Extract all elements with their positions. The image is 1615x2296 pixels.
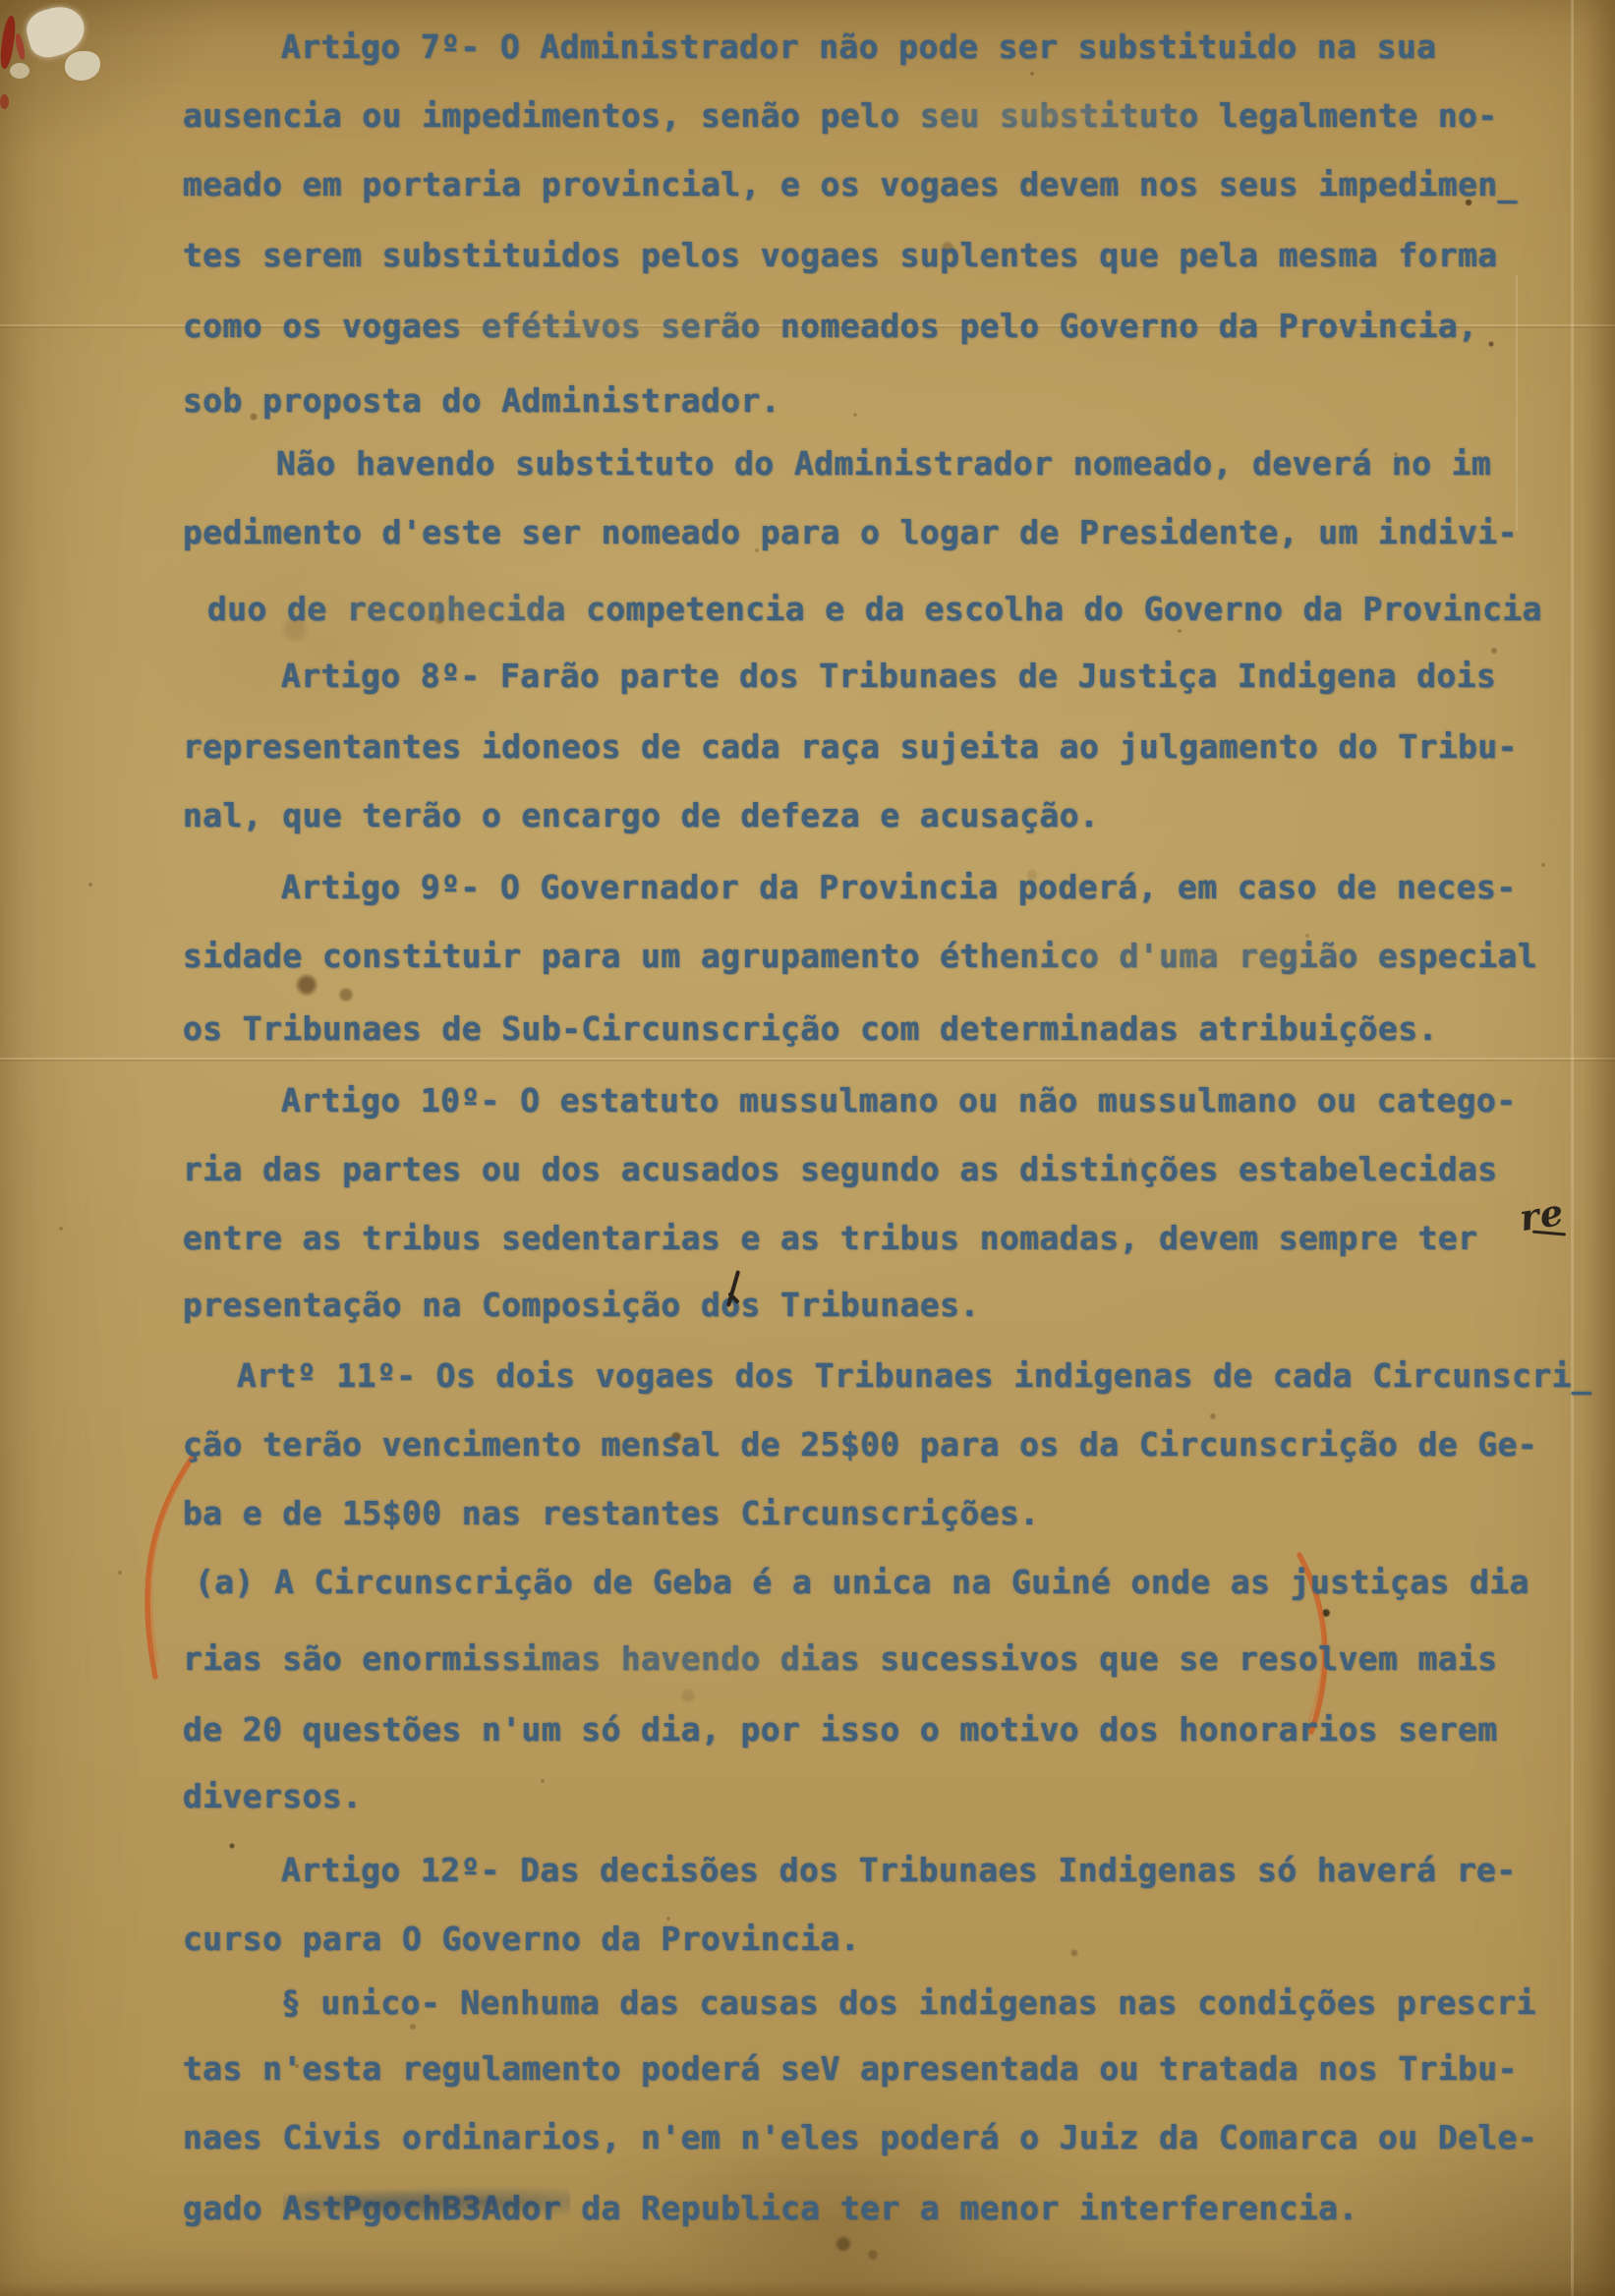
document-line: rias são enormissimas havendo dias suces…	[183, 1639, 1498, 1679]
document-line: pedimento d'este ser nomeado para o loga…	[183, 513, 1518, 552]
document-line: tas n'esta regulamento poderá seV aprese…	[183, 2049, 1518, 2089]
document-line: Não havendo substituto do Administrador …	[183, 444, 1491, 484]
document-line: tes serem substituidos pelos vogaes supl…	[183, 236, 1498, 275]
document-line: sidade constituir para um agrupamento ét…	[183, 937, 1537, 976]
document-line: meado em portaria provincial, e os vogae…	[183, 165, 1518, 204]
document-line: duo de reconhecida competencia e da esco…	[183, 590, 1542, 629]
document-line: § unico- Nenhuma das causas dos indigena…	[183, 1983, 1536, 2023]
typewritten-text: Artigo 7º- O Administrador não pode ser …	[0, 0, 1615, 2296]
document-line: diversos.	[183, 1777, 362, 1816]
document-line: Artigo 12º- Das decisões dos Tribunaes I…	[183, 1851, 1517, 1890]
document-line: os Tribunaes de Sub-Circunscrição com de…	[183, 1009, 1438, 1049]
document-line: gado AstPgochB3Ador da Republica ter a m…	[183, 2189, 1358, 2228]
document-line: curso para O Governo da Provincia.	[183, 1920, 860, 1959]
document-line: sob proposta do Administrador.	[183, 381, 780, 421]
document-line: ção terão vencimento mensal de 25$00 par…	[183, 1425, 1537, 1464]
document-line: representantes idoneos de cada raça suje…	[183, 727, 1518, 767]
document-line: ria das partes ou dos acusados segundo a…	[183, 1150, 1498, 1189]
document-line: como os vogaes efétivos serão nomeados p…	[183, 307, 1477, 346]
document-line: ba e de 15$00 nas restantes Circunscriçõ…	[183, 1494, 1040, 1533]
document-line: Artº 11º- Os dois vogaes dos Tribunaes i…	[183, 1356, 1591, 1396]
document-line: Artigo 7º- O Administrador não pode ser …	[183, 28, 1437, 67]
document-line: (a) A Circunscrição de Geba é a unica na…	[183, 1563, 1529, 1602]
document-line: presentação na Composição dos Tribunaes.	[183, 1286, 980, 1325]
document-line: nal, que terão o encargo de defeza e acu…	[183, 796, 1099, 835]
document-line: Artigo 9º- O Governador da Provincia pod…	[183, 868, 1517, 907]
document-line: Artigo 10º- O estatuto mussulmano ou não…	[183, 1081, 1517, 1120]
document-line: de 20 questões n'um só dia, por isso o m…	[183, 1710, 1498, 1750]
document-line: entre as tribus sedentarias e as tribus …	[183, 1219, 1477, 1258]
handwritten-annotation: re	[1517, 1190, 1567, 1240]
document-line: Artigo 8º- Farão parte dos Tribunaes de …	[183, 657, 1496, 696]
document-line: ausencia ou impedimentos, senão pelo seu…	[183, 96, 1498, 136]
document-page: Artigo 7º- O Administrador não pode ser …	[0, 0, 1615, 2296]
document-line: naes Civis ordinarios, n'em n'eles poder…	[183, 2118, 1537, 2157]
